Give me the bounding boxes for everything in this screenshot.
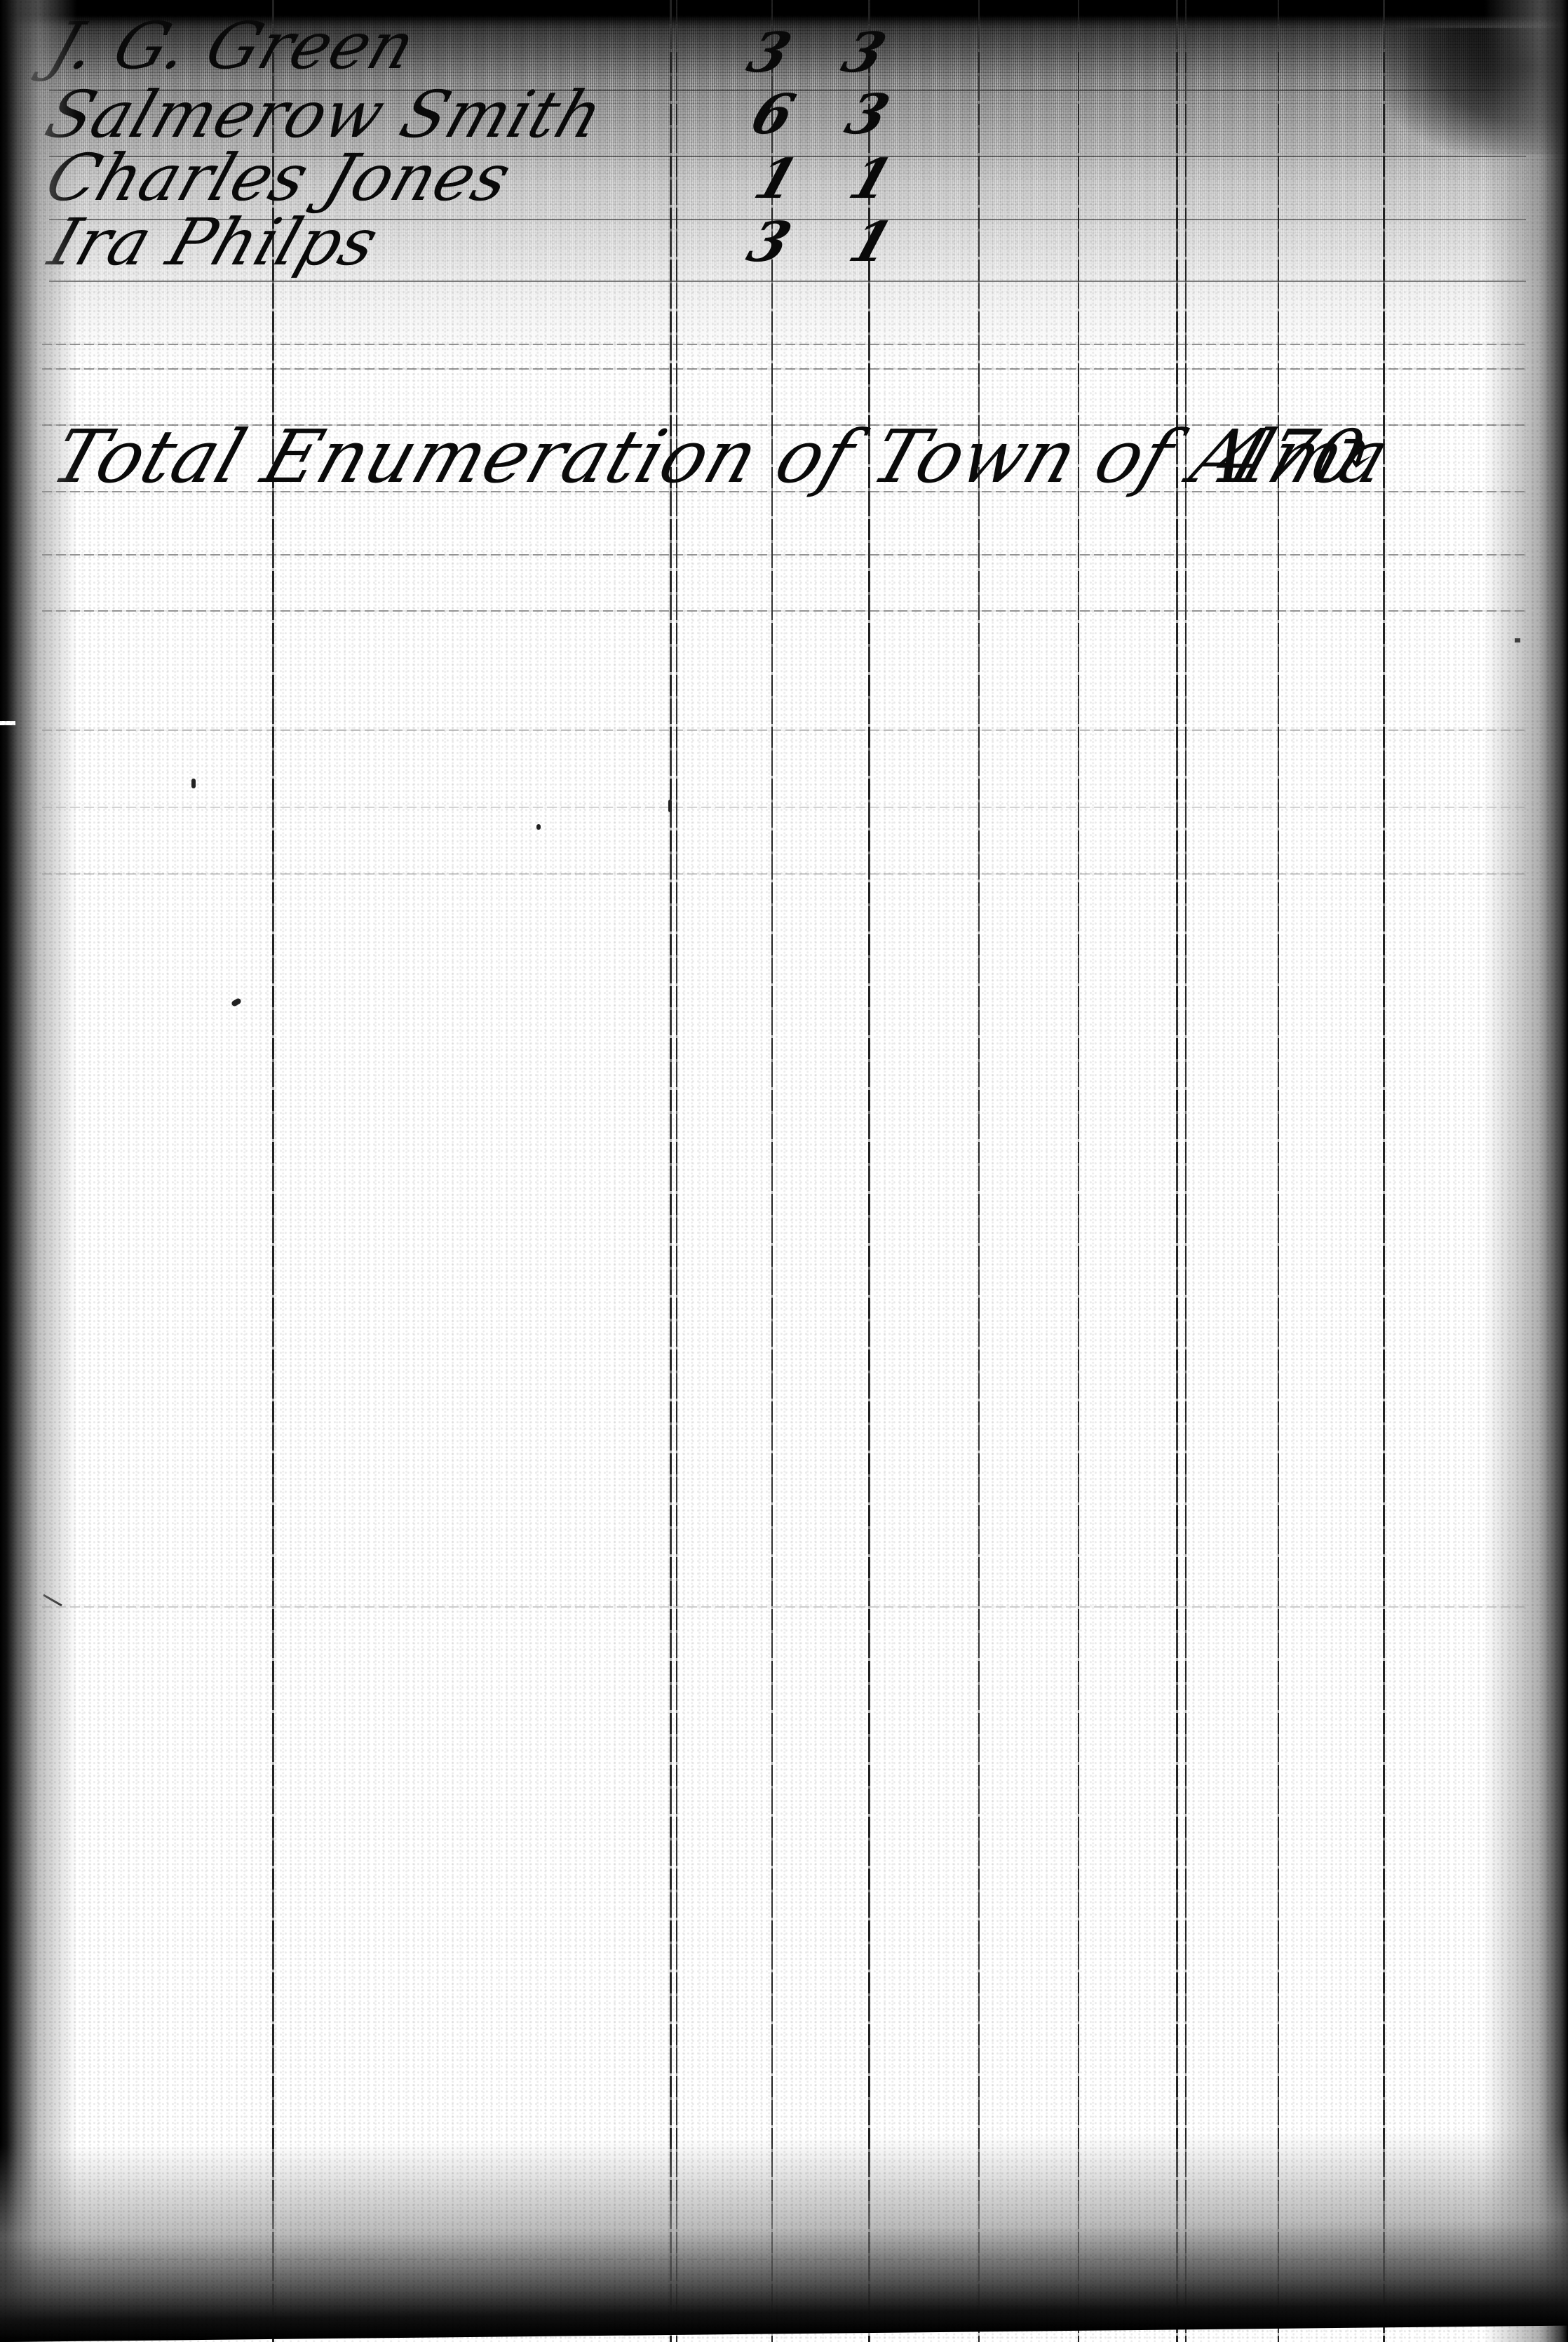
column-divider bbox=[670, 0, 672, 2342]
entry-name: J. G. Green bbox=[41, 8, 425, 83]
column-divider bbox=[1185, 0, 1187, 2342]
ink-speck bbox=[536, 824, 541, 830]
entry-name: Ira Philps bbox=[41, 205, 388, 280]
column-divider bbox=[1078, 0, 1079, 2342]
scan-shadow-left bbox=[0, 0, 77, 2342]
column-divider bbox=[1383, 0, 1385, 2342]
column-divider bbox=[978, 0, 980, 2342]
scan-shadow-bottom bbox=[0, 2129, 1568, 2342]
column-divider bbox=[868, 0, 870, 2342]
ruled-line bbox=[49, 281, 1526, 282]
ink-speck bbox=[191, 779, 196, 788]
ink-speck bbox=[668, 800, 672, 812]
ink-speck bbox=[231, 997, 242, 1007]
ruled-line bbox=[42, 610, 1526, 612]
entry-name: Charles Jones bbox=[37, 140, 521, 215]
total-label: Total Enumeration of Town of Alma bbox=[42, 414, 1400, 499]
ruled-line bbox=[42, 873, 1526, 875]
ruled-line bbox=[42, 807, 1526, 808]
ruled-line bbox=[42, 729, 1526, 731]
edge-mark bbox=[0, 721, 15, 725]
ruled-line bbox=[42, 1606, 1526, 1608]
column-divider bbox=[1176, 0, 1178, 2342]
column-divider bbox=[676, 0, 677, 2342]
scan-shadow-right bbox=[1484, 0, 1568, 2342]
column-divider bbox=[272, 0, 274, 2342]
column-divider bbox=[1278, 0, 1279, 2342]
column-divider bbox=[771, 0, 773, 2342]
ruled-line bbox=[42, 554, 1526, 556]
ruled-line bbox=[42, 344, 1526, 345]
scanned-ledger-page: J. G. Green 3 3 Salmerow Smith 6 3 Charl… bbox=[0, 0, 1568, 2342]
ruled-line bbox=[42, 368, 1526, 370]
